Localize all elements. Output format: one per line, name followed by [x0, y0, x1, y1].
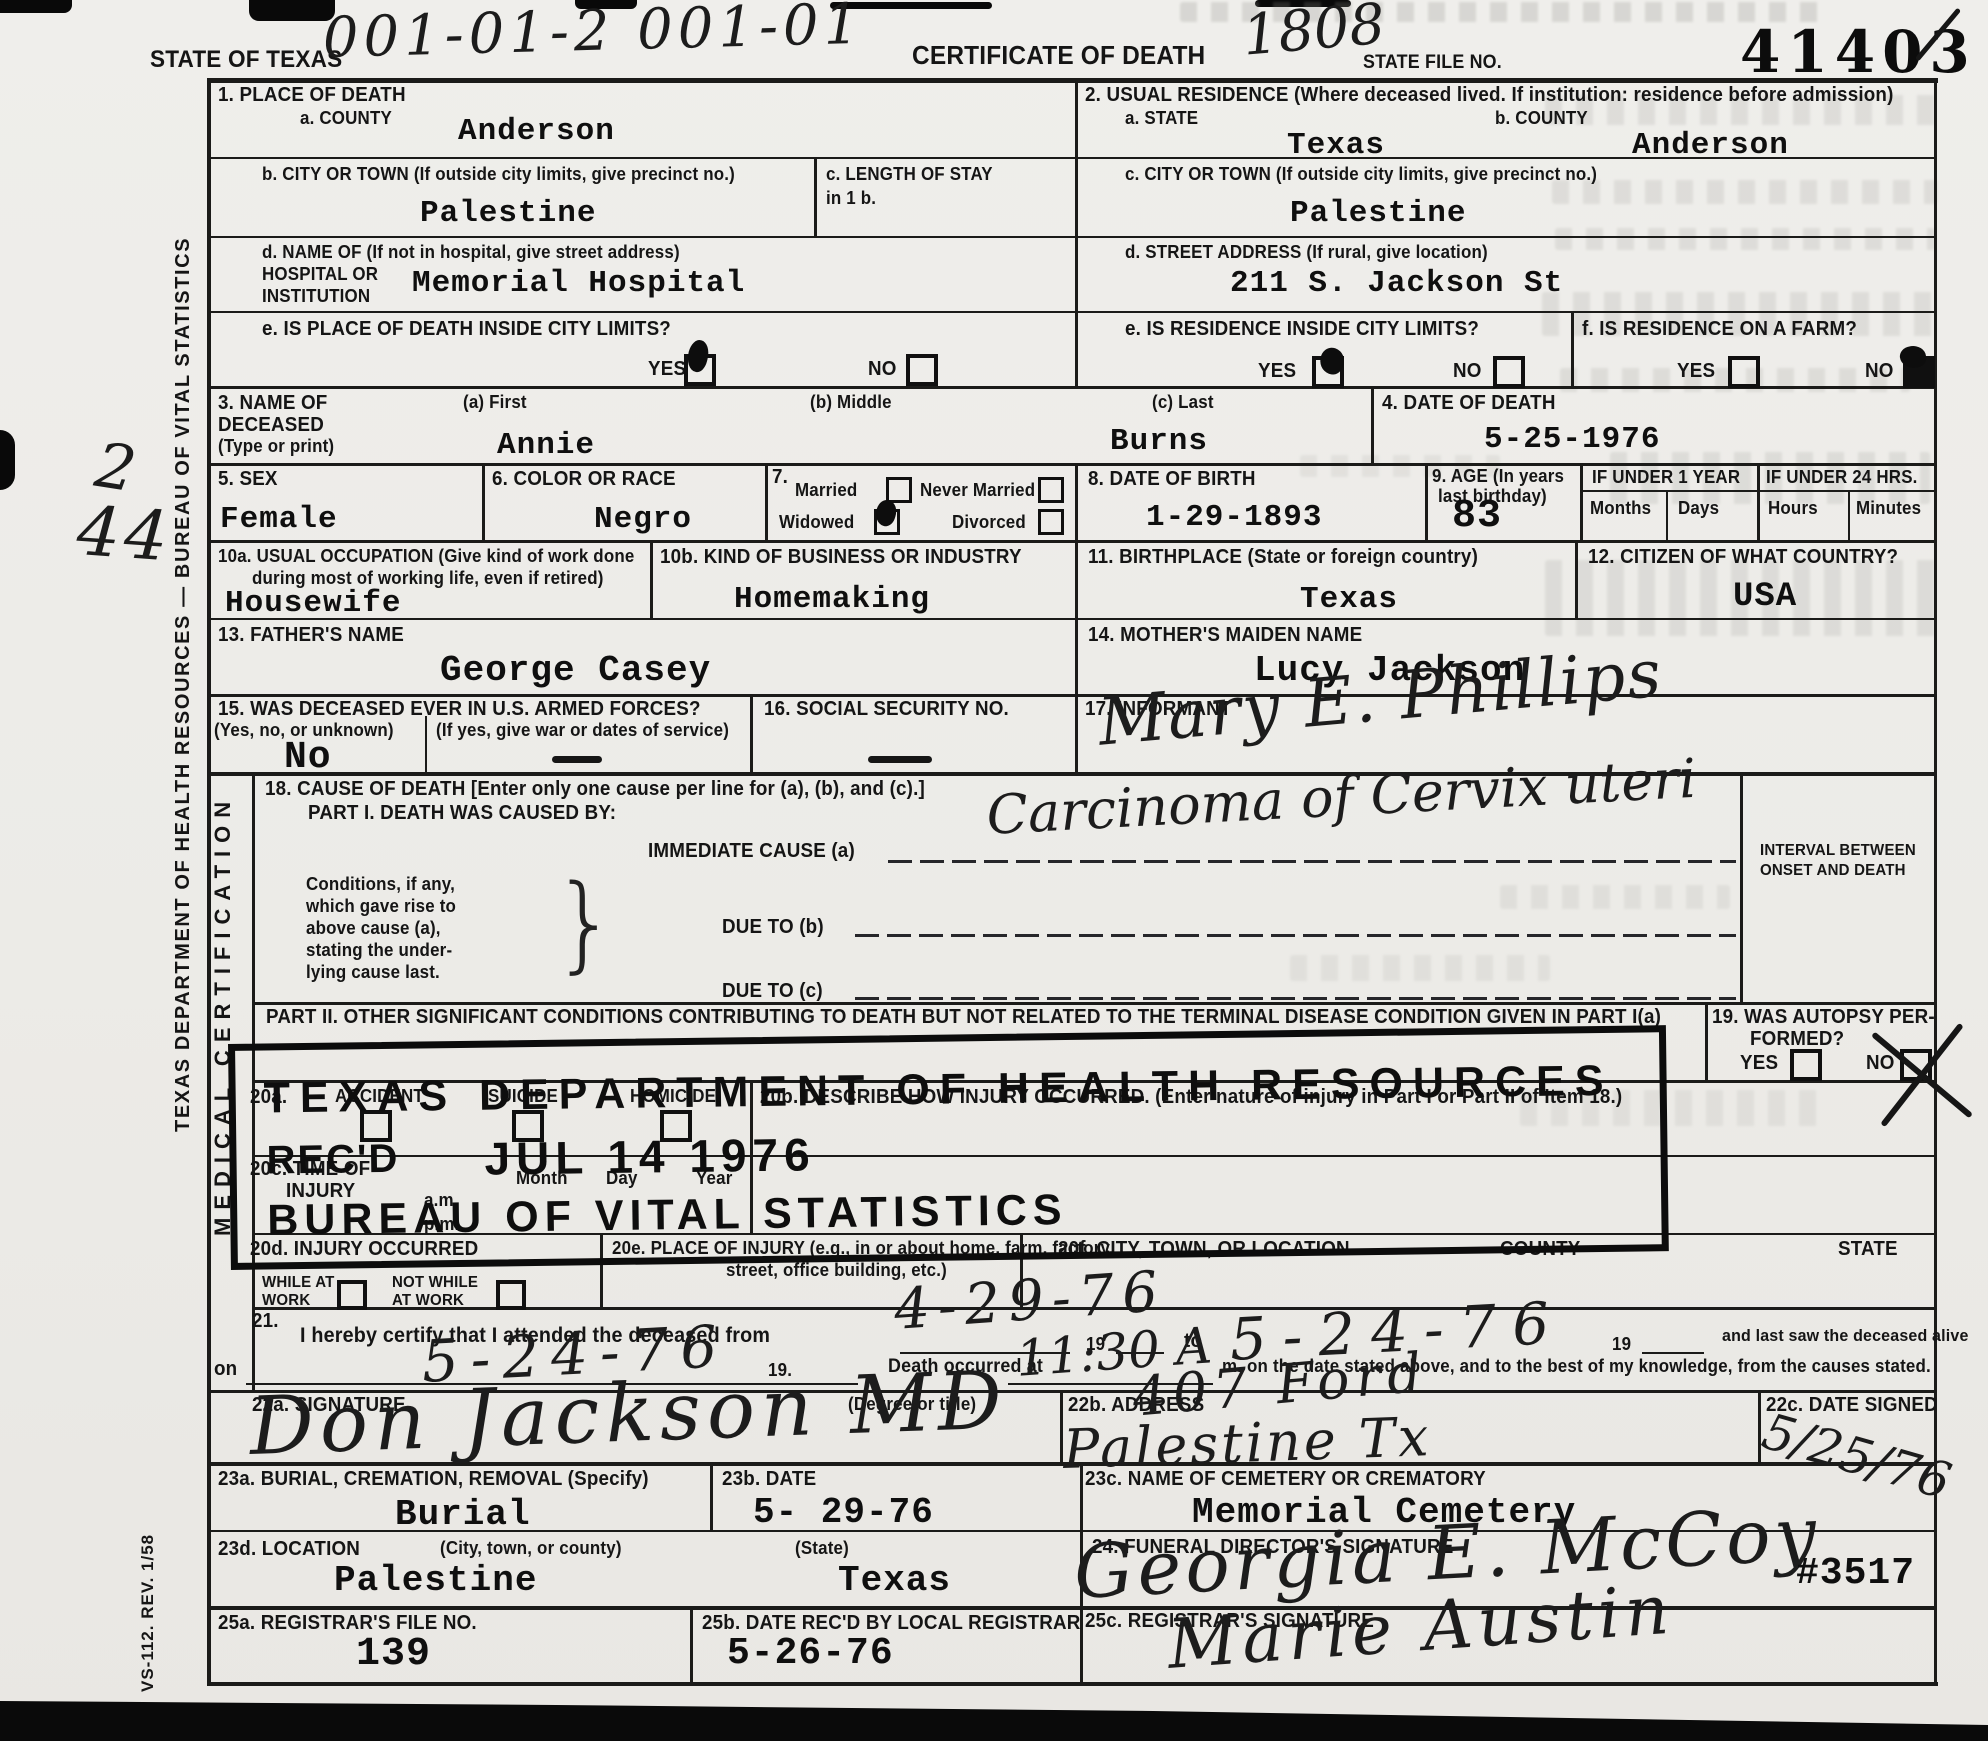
dash-mark	[868, 756, 932, 763]
armed-forces-value: No	[284, 736, 332, 779]
burial-value: Burial	[395, 1494, 531, 1535]
cause-handwriting: Carcinoma of Cervix uteri	[985, 747, 1698, 847]
rule	[252, 1002, 1934, 1005]
handwritten-code: 001-01-2 001-01	[322, 0, 865, 71]
residence-county-value: Anderson	[1632, 128, 1789, 163]
residence-farm-label: f. IS RESIDENCE ON A FARM?	[1582, 318, 1857, 341]
citizen-value: USA	[1733, 578, 1797, 616]
rule	[1371, 386, 1374, 463]
form-border	[1934, 78, 1937, 1686]
residence-city-value: Palestine	[1290, 196, 1466, 231]
length-of-stay-label2: in 1 b.	[826, 188, 876, 209]
rule	[1705, 1002, 1708, 1081]
birthplace-value: Texas	[1300, 582, 1398, 617]
checkbox-never-married	[1038, 477, 1064, 503]
rule	[1848, 490, 1850, 540]
burial-date-value: 5- 29-76	[753, 1492, 934, 1533]
married-label: Married	[795, 480, 857, 501]
ssn-label: 16. SOCIAL SECURITY NO.	[764, 698, 1009, 721]
rule	[765, 463, 768, 540]
if-under-1-year-label: IF UNDER 1 YEAR	[1592, 467, 1740, 488]
state-file-no-label: STATE FILE NO.	[1363, 52, 1502, 74]
last-name-value: Burns	[1110, 424, 1208, 459]
brace-glyph: }	[552, 862, 618, 984]
rule	[211, 618, 1934, 620]
form-border	[207, 78, 211, 1686]
rule	[1571, 311, 1574, 386]
rule	[750, 694, 753, 772]
while-at-work-label: WHILE AT	[262, 1274, 335, 1292]
checkbox-residence-limits-no	[1493, 356, 1525, 388]
place-of-death-label: 1. PLACE OF DEATH	[218, 84, 406, 107]
hospital-value: Memorial Hospital	[412, 266, 745, 301]
months-label: Months	[1590, 498, 1651, 519]
industry-value: Homemaking	[734, 582, 930, 617]
never-married-label: Never Married	[920, 480, 1035, 501]
rule	[1575, 540, 1578, 618]
armed-forces-label: 15. WAS DECEASED EVER IN U.S. ARMED FORC…	[218, 698, 701, 721]
city-town-county-label: (City, town, or county)	[440, 1538, 622, 1559]
city-label: b. CITY OR TOWN (If outside city limits,…	[262, 164, 735, 185]
death-certificate-scan: STATE OF TEXAS 001-01-2 001-01 CERTIFICA…	[0, 0, 1988, 1741]
rule	[211, 694, 1934, 697]
margin-handwriting: 44	[74, 492, 174, 577]
rule	[1740, 772, 1743, 1004]
street-address-value: 211 S. Jackson St	[1230, 266, 1563, 301]
part2-label: PART II. OTHER SIGNIFICANT CONDITIONS CO…	[266, 1006, 1661, 1029]
checkbox-not-while-at-work	[496, 1280, 526, 1310]
no-label: NO	[1866, 1052, 1895, 1075]
hospital-label3: INSTITUTION	[262, 286, 370, 307]
stamp-date: JUL 14 1976	[484, 1127, 816, 1185]
due-to-b-label: DUE TO (b)	[722, 916, 824, 939]
checkbox-autopsy-yes	[1790, 1049, 1822, 1081]
fathers-name-value: George Casey	[440, 650, 711, 691]
minutes-label: Minutes	[1856, 498, 1921, 519]
bleed-through-artifact	[1552, 180, 1937, 204]
conditions-label4: stating the under-	[306, 940, 452, 961]
sex-value: Female	[220, 502, 338, 537]
on-label: on	[214, 1358, 237, 1381]
checkbox-divorced	[1038, 509, 1064, 535]
divorced-label: Divorced	[952, 512, 1026, 533]
checkbox-while-at-work	[337, 1280, 367, 1310]
rule	[211, 540, 1934, 543]
location-state-value: Texas	[838, 1560, 951, 1601]
stamp-line3: BUREAU OF VITAL STATISTICS	[267, 1186, 1068, 1245]
location-city-value: Palestine	[334, 1560, 537, 1601]
rule	[1580, 463, 1583, 540]
rule	[1075, 78, 1078, 386]
color-or-race-label: 6. COLOR OR RACE	[492, 468, 676, 491]
part1-label: PART I. DEATH WAS CAUSED BY:	[308, 802, 616, 825]
rule	[1075, 618, 1078, 694]
rule	[211, 236, 1934, 238]
armed-forces-sublabel2: (If yes, give war or dates of service)	[436, 720, 729, 741]
date-of-birth-value: 1-29-1893	[1146, 500, 1322, 535]
autopsy-label2: FORMED?	[1750, 1028, 1844, 1051]
residence-city-label: c. CITY OR TOWN (If outside city limits,…	[1125, 164, 1597, 185]
received-stamp: TEXAS DEPARTMENT OF HEALTH RESOURCES REC…	[228, 1025, 1669, 1270]
rule	[650, 540, 653, 618]
industry-label: 10b. KIND OF BUSINESS OR INDUSTRY	[660, 546, 1022, 569]
no-label: NO	[868, 358, 897, 381]
registrar-file-no-label: 25a. REGISTRAR'S FILE NO.	[218, 1612, 477, 1635]
occupation-label: 10a. USUAL OCCUPATION (Give kind of work…	[218, 546, 634, 567]
burial-cremation-label: 23a. BURIAL, CREMATION, REMOVAL (Specify…	[218, 1468, 649, 1491]
widowed-label: Widowed	[779, 512, 854, 533]
checkbox-place-limits-no	[906, 354, 938, 386]
birthplace-label: 11. BIRTHPLACE (State or foreign country…	[1088, 546, 1478, 569]
date-of-death-value: 5-25-1976	[1484, 422, 1660, 457]
age-value: 83	[1452, 494, 1502, 539]
name-of-deceased-label2: DECEASED	[218, 414, 324, 437]
certify-number: 21.	[252, 1310, 279, 1333]
scan-artifact	[0, 430, 15, 490]
form-border	[207, 78, 1938, 83]
bleed-through-artifact	[1555, 228, 1935, 250]
funeral-home-number: #3517	[1796, 1552, 1915, 1595]
street-address-label: d. STREET ADDRESS (If rural, give locati…	[1125, 242, 1488, 263]
marital-status-label: 7.	[772, 466, 788, 489]
residence-city-limits-label: e. IS RESIDENCE INSIDE CITY LIMITS?	[1125, 318, 1479, 341]
stamp-line1: TEXAS DEPARTMENT OF HEALTH RESOURCES	[263, 1057, 1613, 1124]
autopsy-label1: 19. WAS AUTOPSY PER-	[1712, 1006, 1935, 1029]
immediate-cause-label: IMMEDIATE CAUSE (a)	[648, 840, 855, 863]
write-line	[855, 997, 1736, 1000]
rule	[425, 716, 427, 772]
no-label: NO	[1453, 360, 1482, 383]
residence-state-label: a. STATE	[1125, 108, 1198, 129]
yes-label: YES	[1258, 360, 1296, 383]
margin-department-label: TEXAS DEPARTMENT OF HEALTH RESOURCES — B…	[172, 237, 195, 1132]
race-value: Negro	[594, 502, 692, 537]
checkbox-farm-yes	[1728, 356, 1760, 388]
yes-label: YES	[1740, 1052, 1778, 1075]
yes-label: YES	[1677, 360, 1715, 383]
conditions-label3: above cause (a),	[306, 918, 441, 939]
mothers-maiden-name-label: 14. MOTHER'S MAIDEN NAME	[1088, 624, 1362, 647]
form-number-label: VS-112. REV. 1/58	[138, 1534, 158, 1692]
rule	[1425, 463, 1428, 540]
location-label: 23d. LOCATION	[218, 1538, 360, 1561]
interval-label1: INTERVAL BETWEEN	[1760, 842, 1916, 860]
stamp-recd-label: REC'D	[266, 1137, 399, 1184]
conditions-label1: Conditions, if any,	[306, 874, 455, 895]
handwritten-x-mark	[1880, 1023, 1964, 1128]
occupation-value: Housewife	[225, 586, 401, 621]
rule	[482, 463, 485, 540]
interval-label2: ONSET AND DEATH	[1760, 862, 1906, 880]
first-name-label: (a) First	[463, 392, 527, 413]
checkbox-married	[886, 477, 912, 503]
due-to-c-label: DUE TO (c)	[722, 980, 823, 1003]
not-while-at-work-label: NOT WHILE	[392, 1274, 478, 1292]
date-of-birth-label: 8. DATE OF BIRTH	[1088, 468, 1256, 491]
write-line	[888, 860, 1736, 863]
rule	[211, 386, 1934, 389]
year-19-label: 19	[1612, 1334, 1631, 1355]
no-label: NO	[1865, 360, 1894, 383]
sex-label: 5. SEX	[218, 468, 278, 491]
state-of-texas-label: STATE OF TEXAS	[150, 46, 342, 74]
bleed-through-artifact	[1500, 885, 1730, 909]
fathers-name-label: 13. FATHER'S NAME	[218, 624, 404, 647]
rule	[710, 1462, 713, 1530]
conditions-label5: lying cause last.	[306, 962, 440, 983]
cemetery-label: 23c. NAME OF CEMETERY OR CREMATORY	[1085, 1468, 1486, 1491]
usual-residence-label: 2. USUAL RESIDENCE (Where deceased lived…	[1085, 84, 1894, 107]
write-line	[855, 934, 1736, 937]
residence-county-label: b. COUNTY	[1495, 108, 1588, 129]
last-name-label: (c) Last	[1152, 392, 1214, 413]
city-value: Palestine	[420, 196, 596, 231]
certificate-title: CERTIFICATE OF DEATH	[912, 40, 1205, 71]
while-at-work-label2: WORK	[262, 1292, 310, 1310]
rule	[1666, 490, 1668, 540]
rule	[814, 157, 817, 236]
form-border	[207, 1682, 1938, 1686]
date-of-death-label: 4. DATE OF DEATH	[1382, 392, 1556, 415]
dash-mark	[552, 756, 602, 763]
burial-date-label: 23b. DATE	[722, 1468, 816, 1491]
rule	[1757, 463, 1760, 540]
type-or-print-label: (Type or print)	[218, 436, 334, 457]
county-value: Anderson	[458, 114, 615, 149]
not-while-at-work-label2: AT WORK	[392, 1292, 464, 1310]
rule	[207, 1606, 1934, 1610]
citizen-label: 12. CITIZEN OF WHAT COUNTRY?	[1588, 546, 1898, 569]
name-of-deceased-label: 3. NAME OF	[218, 392, 327, 415]
residence-state-value: Texas	[1287, 128, 1385, 163]
rule	[211, 463, 1934, 466]
rule	[690, 1606, 693, 1682]
certify-text2: and last saw the deceased alive	[1722, 1326, 1969, 1346]
first-name-value: Annie	[497, 428, 595, 463]
rule	[1075, 540, 1078, 618]
scan-artifact	[0, 0, 72, 13]
hospital-label: d. NAME OF (If not in hospital, give str…	[262, 242, 680, 263]
days-label: Days	[1678, 498, 1719, 519]
county-label: a. COUNTY	[300, 108, 392, 129]
rule	[1075, 694, 1078, 772]
physician-signature: Don Jackson MD	[248, 1354, 1009, 1473]
bleed-through-artifact	[1290, 955, 1550, 981]
rule	[1075, 463, 1078, 540]
write-line	[1642, 1352, 1704, 1354]
hospital-label2: HOSPITAL OR	[262, 264, 378, 285]
injury-state-label: STATE	[1838, 1238, 1898, 1261]
middle-name-label: (b) Middle	[810, 392, 892, 413]
scan-edge-band	[0, 1692, 1988, 1741]
age-label: 9. AGE (In years	[1432, 466, 1564, 487]
yes-label: YES	[648, 358, 686, 381]
place-city-limits-label: e. IS PLACE OF DEATH INSIDE CITY LIMITS?	[262, 318, 671, 341]
registrar-file-no-value: 139	[356, 1632, 431, 1677]
conditions-label2: which gave rise to	[306, 896, 456, 917]
if-under-24-hrs-label: IF UNDER 24 HRS.	[1766, 467, 1918, 488]
hours-label: Hours	[1768, 498, 1818, 519]
date-recd-value: 5-26-76	[727, 1632, 894, 1675]
length-of-stay-label: c. LENGTH OF STAY	[826, 164, 993, 185]
cause-of-death-label: 18. CAUSE OF DEATH [Enter only one cause…	[265, 778, 925, 801]
rule	[211, 311, 1934, 313]
state-sublabel: (State)	[795, 1538, 849, 1559]
